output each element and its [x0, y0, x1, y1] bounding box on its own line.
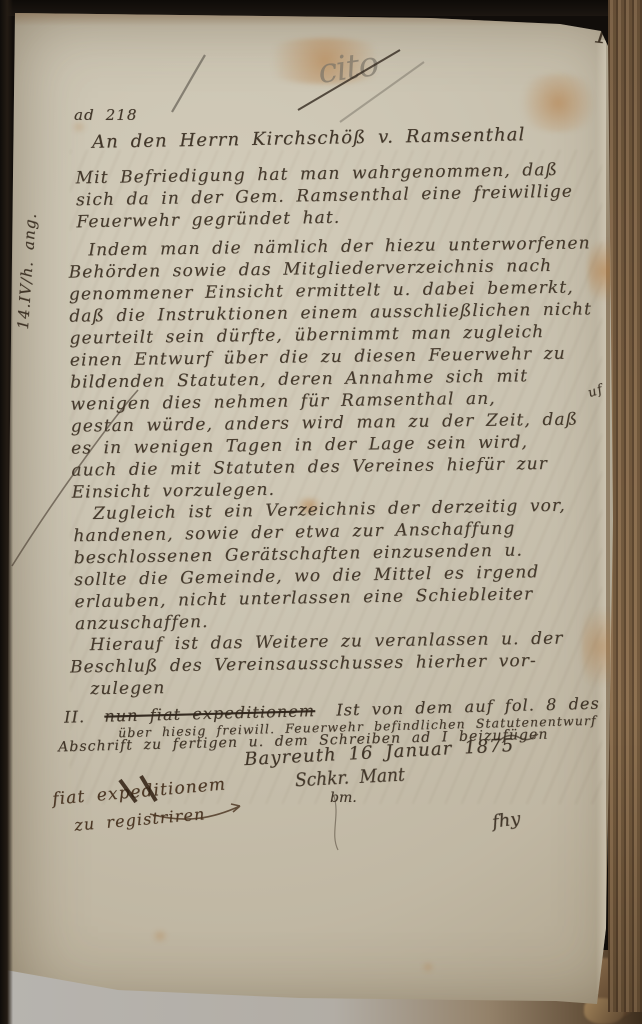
photo-top-shadow	[0, 0, 642, 16]
book-page-stack-edge	[608, 0, 642, 1012]
pencil-cito-note: cito	[316, 44, 381, 92]
manuscript-page: cito 1 14.IV/h. ang. ad 218 An den Herrn…	[0, 0, 642, 1024]
foxing-stain	[512, 74, 604, 132]
foxing-stain	[420, 962, 436, 972]
book-gutter-shadow	[0, 0, 13, 1024]
paragraph-1: Mit Befriedigung hat man wahrgenommen, d…	[75, 160, 573, 235]
item-two-numeral: II.	[64, 707, 86, 727]
docket-number: ad 218	[74, 106, 138, 124]
paragraph-4: Hierauf ist das Weitere zu veranlassen u…	[70, 629, 565, 702]
paraph-initials: fhy	[491, 808, 522, 833]
countersign-initials: bm.	[330, 790, 357, 806]
paragraph-3: Zugleich ist ein Verzeichnis der derzeit…	[73, 496, 568, 637]
foxing-stain	[150, 930, 170, 942]
paragraph-2: Indem man die nämlich der hiezu unterwor…	[68, 233, 594, 504]
